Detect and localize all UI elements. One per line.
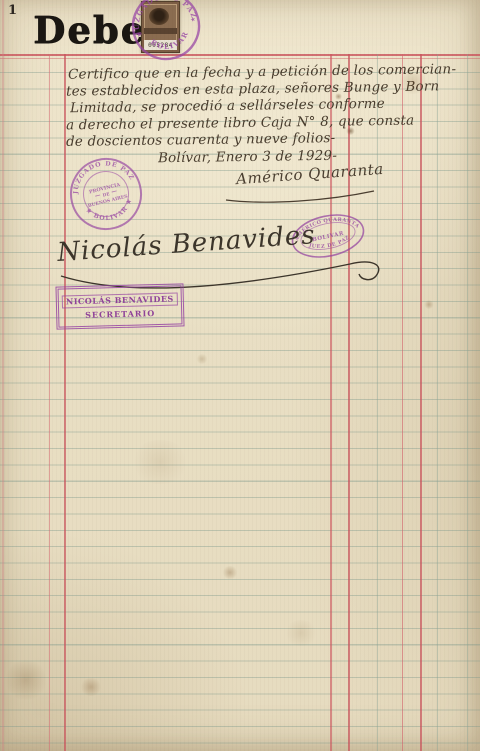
- cents-column-line-2: [437, 54, 438, 751]
- stamp-juzgado-left: JUZGADO DE PAZ ★ BOLIVAR ★ PROVINCIA DE …: [67, 155, 145, 233]
- header-red-rule: [0, 54, 480, 56]
- stamp-juzgado-top: JUZGADO DE PAZ BOLIVAR ★ ★: [118, 0, 214, 67]
- amount-column-line-4: [420, 54, 422, 751]
- page-number: 1: [8, 3, 17, 18]
- left-edge-line: [2, 0, 4, 751]
- stamp-secretario-name: NICOLÁS BENAVIDES: [62, 292, 178, 308]
- divider: [112, 191, 117, 192]
- divider: [95, 195, 100, 196]
- left-margin-line-1: [49, 54, 50, 751]
- cents-column-line-1: [377, 54, 378, 751]
- manuscript-date-line: Bolívar, Enero 3 de 1929-: [158, 148, 337, 166]
- amount-column-line-2: [348, 54, 350, 751]
- left-margin-line-2: [64, 54, 66, 751]
- cents-column-line-3: [467, 54, 468, 751]
- stamp-secretario: NICOLÁS BENAVIDES SECRETARIO: [55, 283, 184, 329]
- header-red-rule-secondary: [0, 58, 480, 59]
- ledger-page: 1 Debe 005284 JUZGADO DE PAZ BOLIVAR ★ ★…: [0, 0, 480, 751]
- amount-column-line-3: [402, 54, 403, 751]
- stamp-secretario-title: SECRETARIO: [85, 308, 155, 320]
